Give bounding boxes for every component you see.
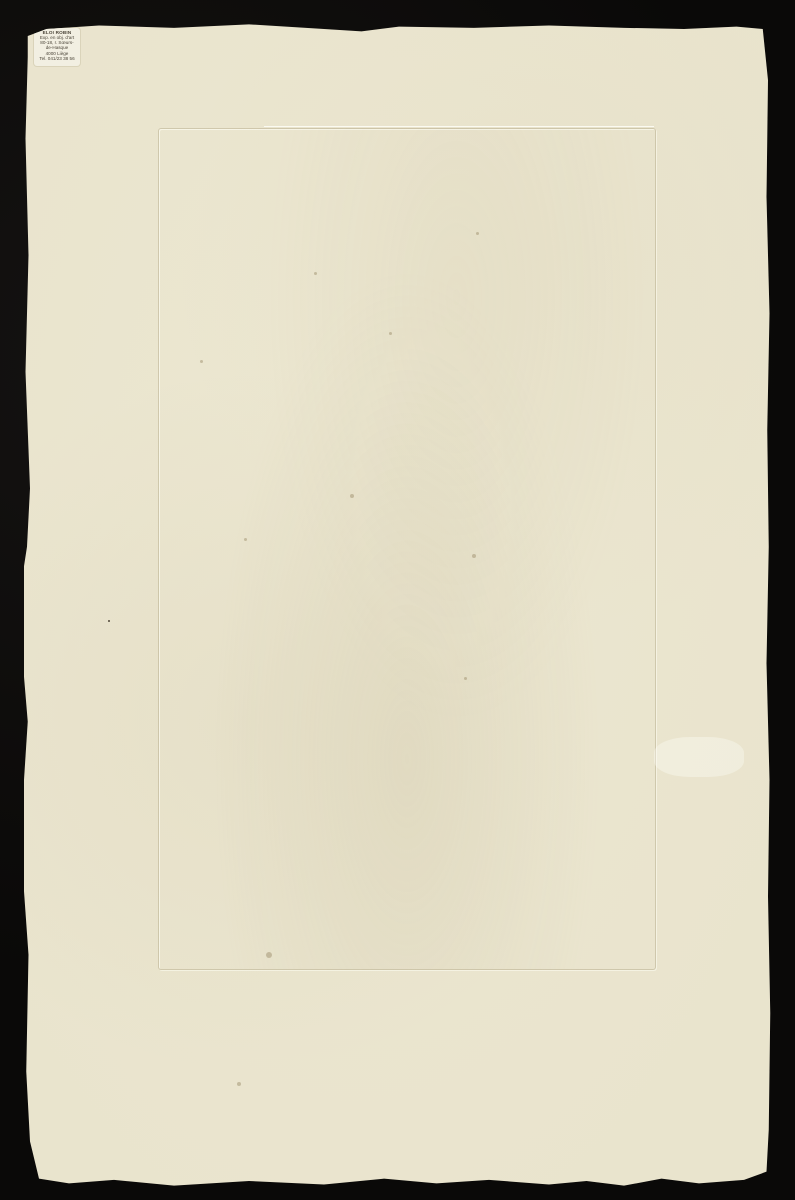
foxing-spot <box>389 332 392 335</box>
platemark <box>158 128 656 970</box>
paper-sheet: ELOI ROBIN Exp. en obj. d'art 80-18, r. … <box>24 22 774 1188</box>
foxing-spot <box>472 554 476 558</box>
top-crease <box>264 126 654 127</box>
paper-abrasion <box>654 737 744 777</box>
foxing-spot <box>476 232 479 235</box>
dealer-label: ELOI ROBIN Exp. en obj. d'art 80-18, r. … <box>34 28 80 66</box>
dealer-phone: Tel. 041/23 38 56 <box>34 56 80 61</box>
photo-scene: ELOI ROBIN Exp. en obj. d'art 80-18, r. … <box>0 0 795 1200</box>
foxing-spot <box>237 1082 241 1086</box>
foxing-spot <box>108 620 110 622</box>
foxing-spot <box>200 360 203 363</box>
foxing-spot <box>314 272 317 275</box>
foxing-spot <box>464 677 467 680</box>
foxing-spot <box>350 494 354 498</box>
foxing-spot <box>266 952 272 958</box>
foxing-spot <box>244 538 247 541</box>
